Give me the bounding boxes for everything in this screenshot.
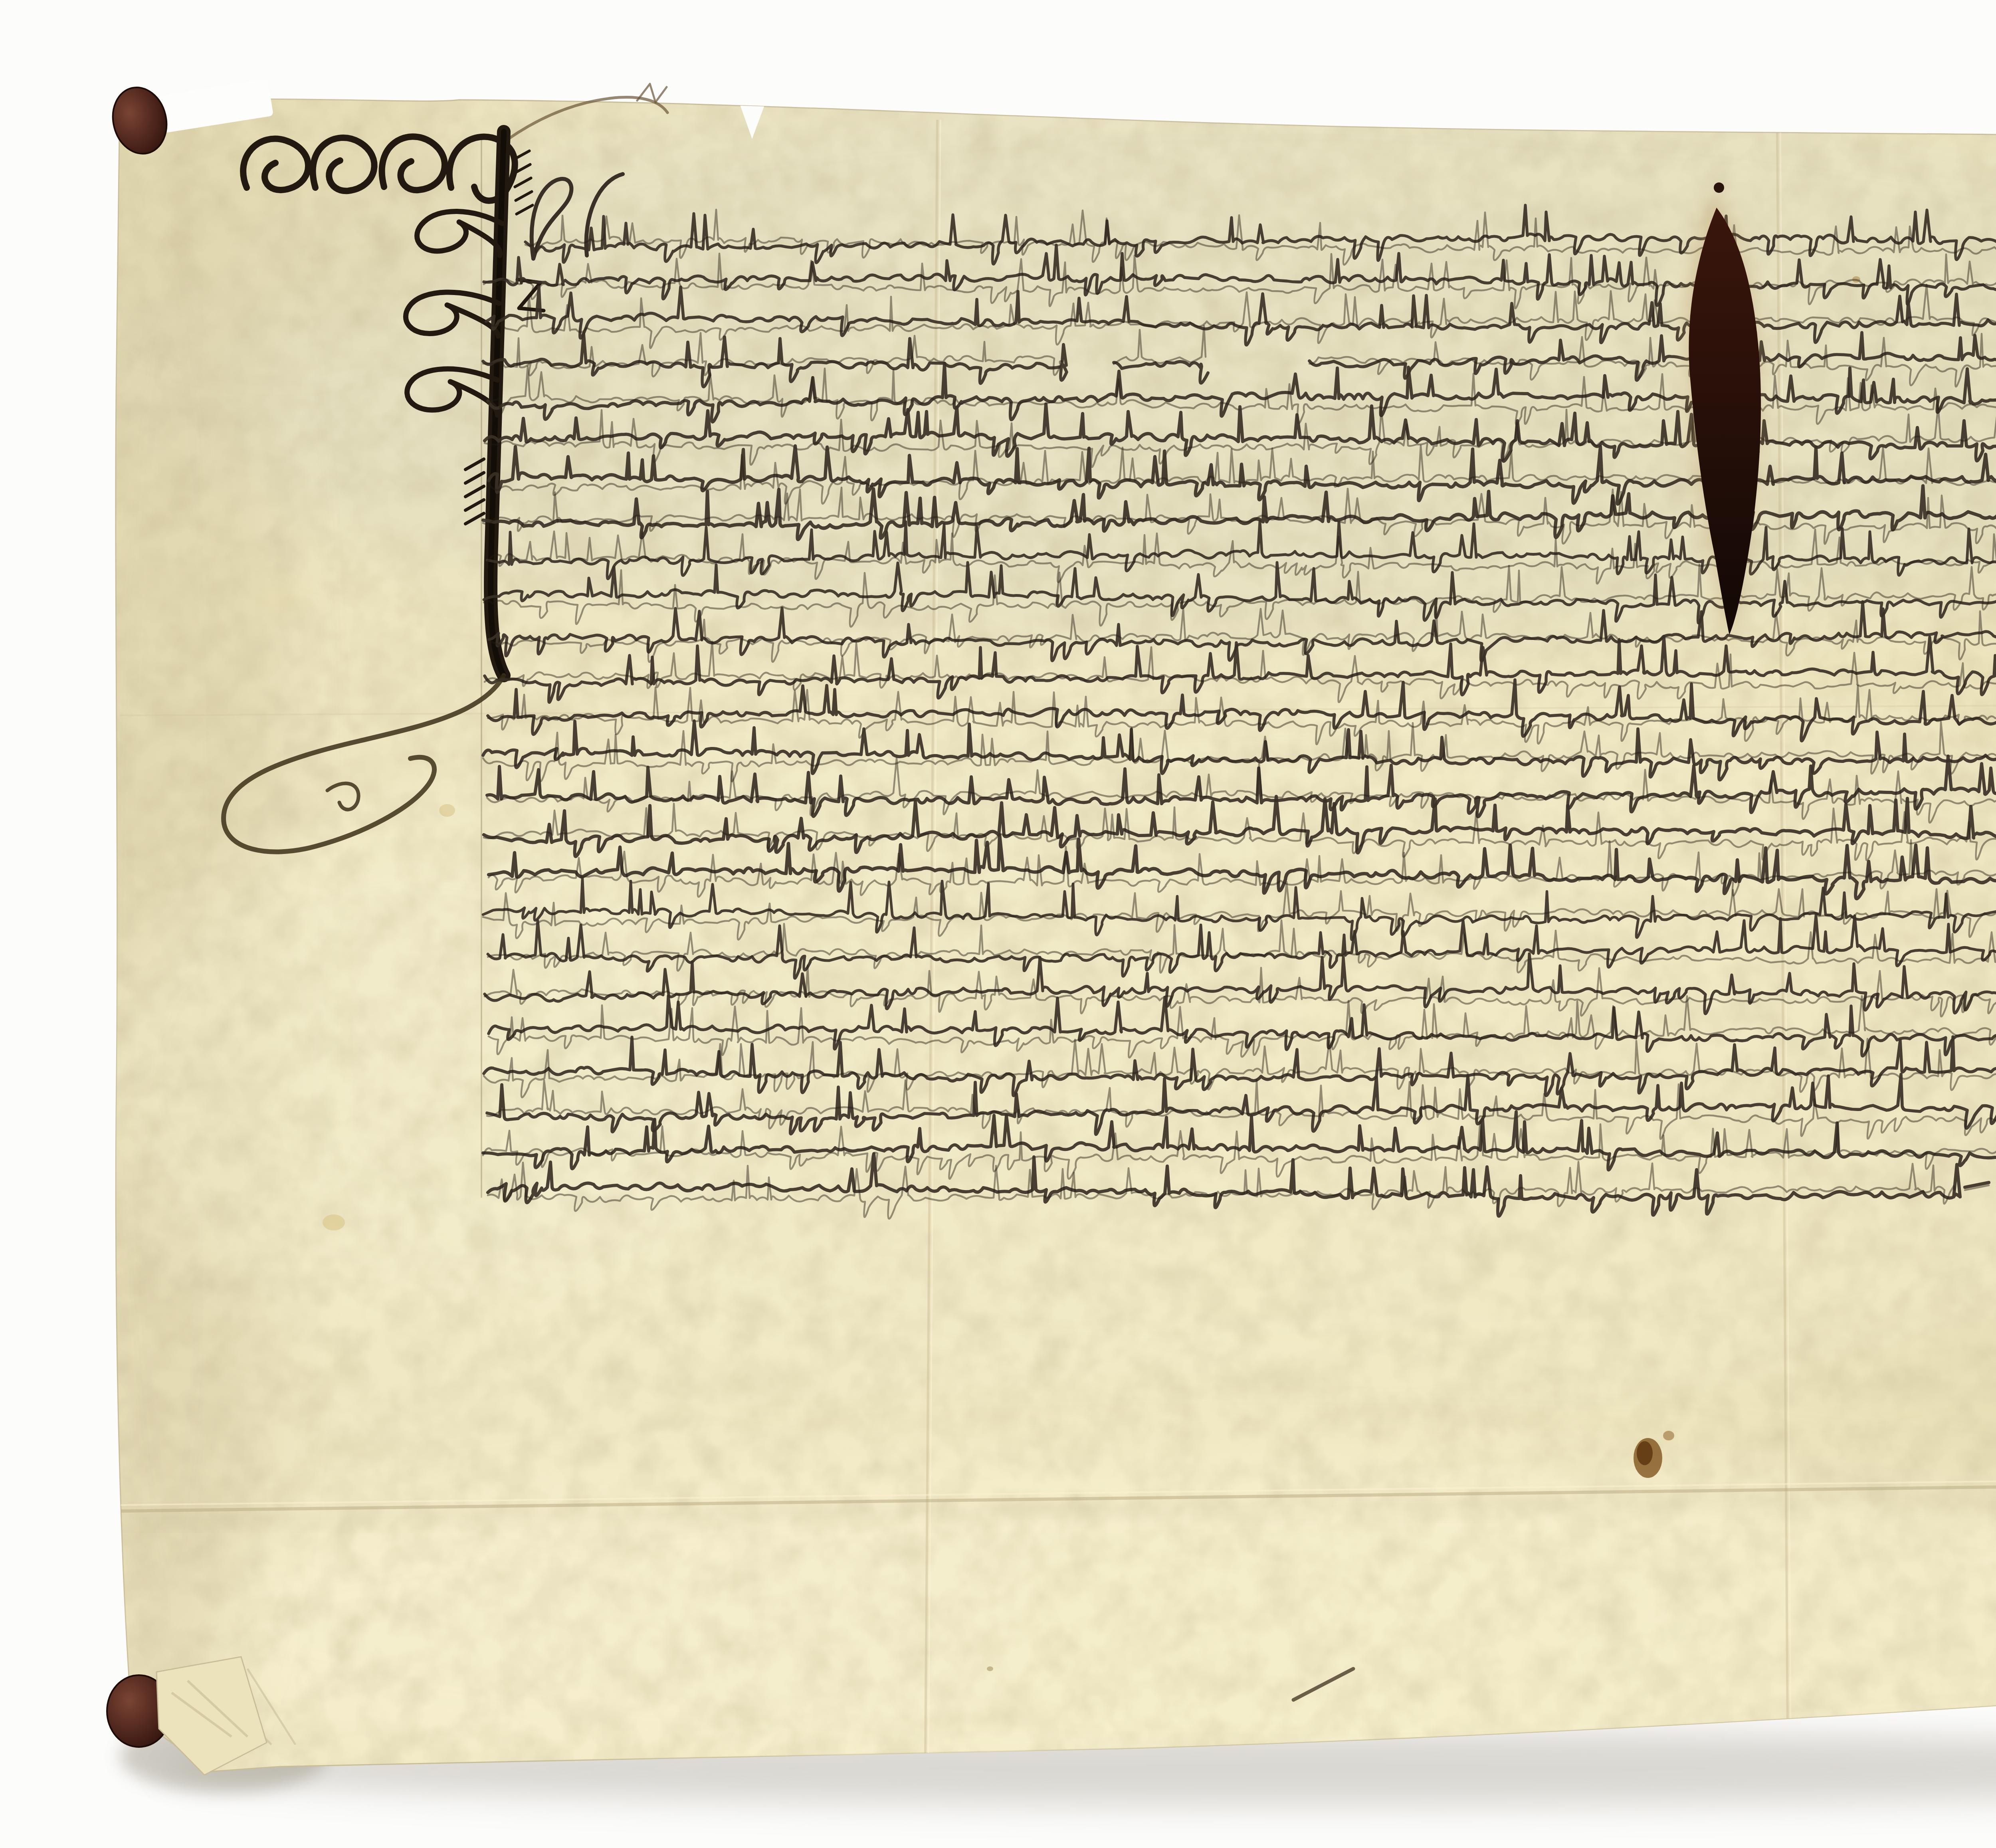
manuscript-scene — [0, 0, 1996, 1848]
photograph-of-charter: BlueCyanGreenYellowRedMagentaWhite3/Colo… — [0, 0, 1996, 1848]
